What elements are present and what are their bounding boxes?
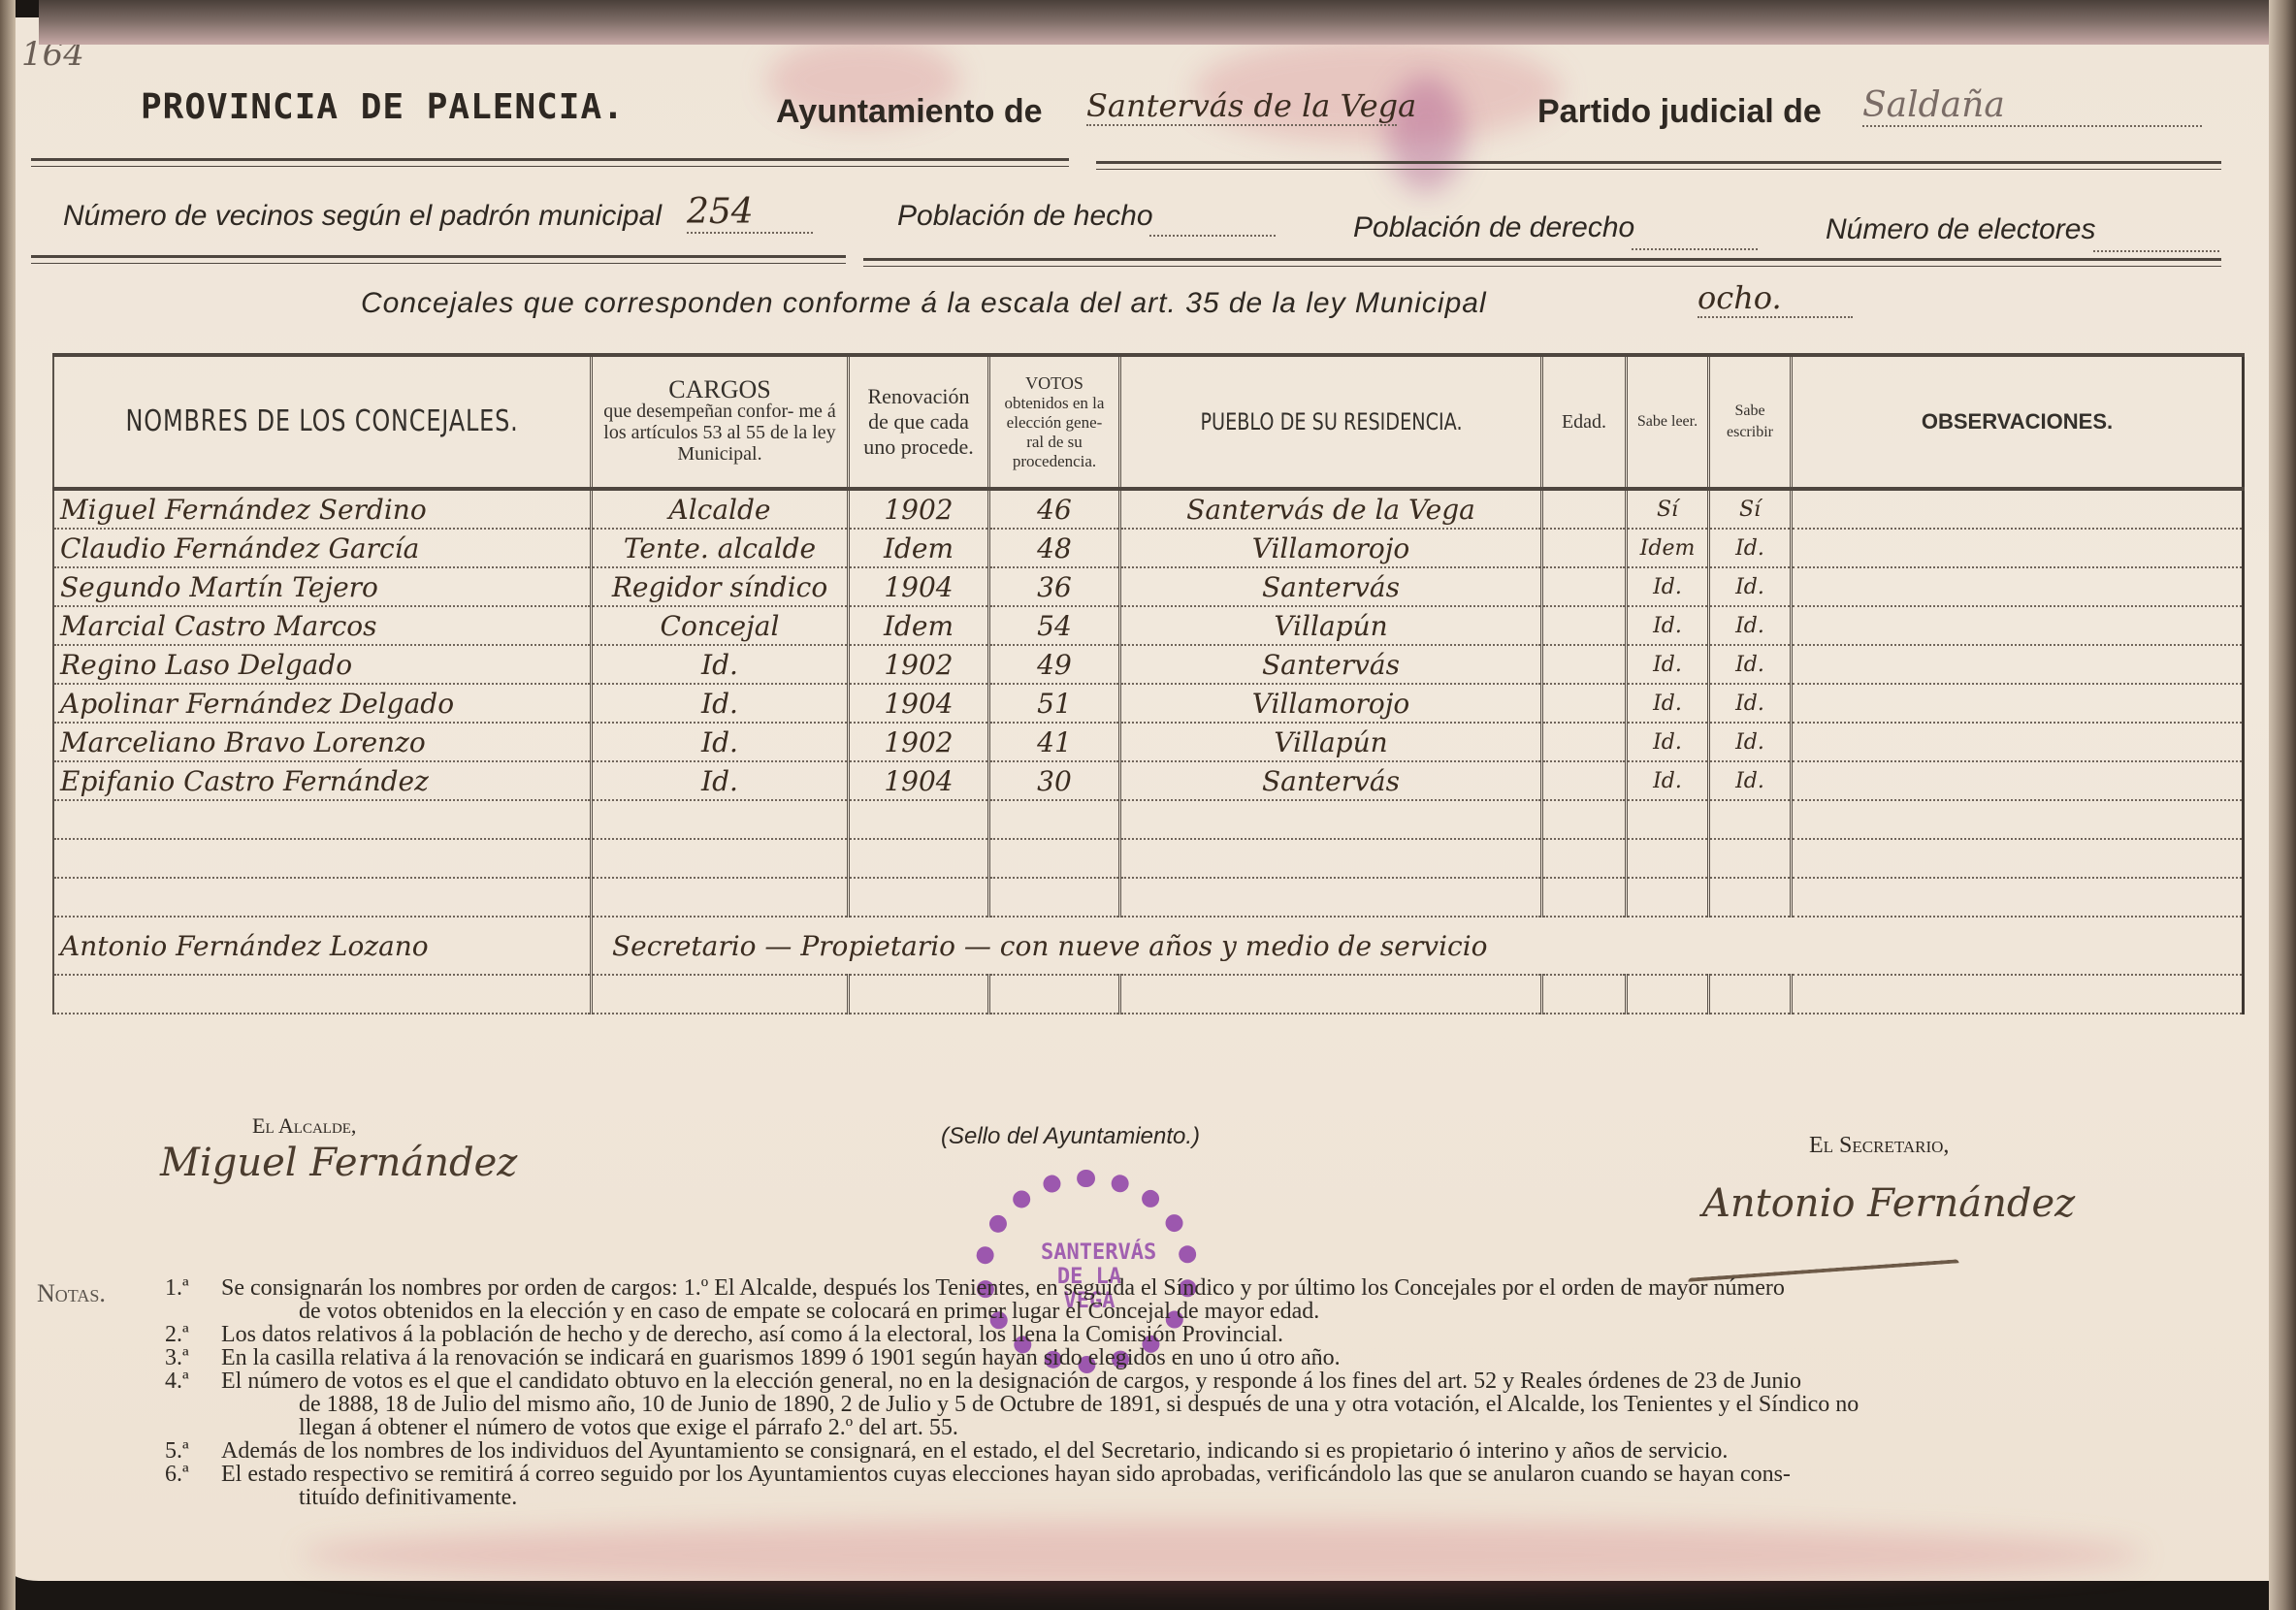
- table-header-row: NOMBRES DE LOS CONCEJALES. CARGOS que de…: [53, 355, 2244, 489]
- secretario-signature: Antonio Fernández: [1702, 1181, 2075, 1226]
- col-votos: VOTOS obtenidos en la elección gene- ral…: [989, 355, 1120, 489]
- cell-edad: [1542, 489, 1627, 529]
- cell-leer: Sí: [1627, 489, 1709, 529]
- concejales-label: Concejales que corresponden conforme á l…: [361, 287, 1487, 320]
- cell-pueblo: Villamorojo: [1120, 684, 1542, 723]
- cell-edad: [1542, 723, 1627, 761]
- cell-votos: 46: [989, 489, 1120, 529]
- cell-nombre: Segundo Martín Tejero: [53, 567, 592, 606]
- table-row: Regino Laso Delgado Id. 1902 49 Santervá…: [53, 645, 2244, 684]
- cell-escribir: Sí: [1709, 489, 1792, 529]
- cell-cargo: Concejal: [592, 606, 849, 645]
- cell-edad: [1542, 645, 1627, 684]
- alcalde-label: El Alcalde,: [252, 1113, 356, 1139]
- partido-field[interactable]: Saldaña: [1862, 85, 2202, 127]
- cell-renovacion: 1904: [849, 567, 989, 606]
- cell-renovacion: Idem: [849, 529, 989, 567]
- col-cargos-sub: que desempeñan confor- me á los artículo…: [598, 401, 841, 465]
- cell-nombre: Epifanio Castro Fernández: [53, 761, 592, 800]
- col-edad: Edad.: [1542, 355, 1627, 489]
- col-renovacion: Renovación de que cada uno procede.: [849, 355, 989, 489]
- cell-secretario-nombre: Antonio Fernández Lozano: [53, 917, 592, 975]
- note-number: 1.ª: [165, 1276, 189, 1300]
- empty-row: [53, 878, 2244, 917]
- cell-escribir: Id.: [1709, 645, 1792, 684]
- cell-votos: 41: [989, 723, 1120, 761]
- cell-renovacion: 1904: [849, 761, 989, 800]
- cell-obs: [1792, 684, 2244, 723]
- cell-renovacion: 1904: [849, 684, 989, 723]
- cell-edad: [1542, 529, 1627, 567]
- cell-obs: [1792, 606, 2244, 645]
- note-line: llegan á obtener el número de votos que …: [299, 1416, 958, 1439]
- cell-nombre: Marceliano Bravo Lorenzo: [53, 723, 592, 761]
- col-observaciones: OBSERVACIONES.: [1792, 355, 2244, 489]
- empty-row: [53, 800, 2244, 839]
- cell-pueblo: Santervás: [1120, 645, 1542, 684]
- note-line: El estado respectivo se remitirá á corre…: [221, 1463, 1791, 1486]
- ayuntamiento-field[interactable]: Santervás de la Vega: [1086, 87, 1397, 126]
- secretario-label: El Secretario,: [1809, 1133, 1949, 1159]
- table-row: Marcial Castro Marcos Concejal Idem 54 V…: [53, 606, 2244, 645]
- cell-leer: Id.: [1627, 723, 1709, 761]
- cell-votos: 48: [989, 529, 1120, 567]
- sello-label: (Sello del Ayuntamiento.): [941, 1123, 1200, 1150]
- col-votos-sub: obtenidos en la elección gene- ral de su…: [996, 394, 1113, 471]
- col-sabe-leer: Sabe leer.: [1627, 355, 1709, 489]
- electores-label: Número de electores: [1826, 213, 2095, 246]
- cell-pueblo: Villapún: [1120, 723, 1542, 761]
- secretario-row: Antonio Fernández Lozano Secretario — Pr…: [53, 917, 2244, 975]
- cell-obs: [1792, 723, 2244, 761]
- cell-obs: [1792, 761, 2244, 800]
- note-line: Se consignarán los nombres por orden de …: [221, 1276, 1785, 1300]
- cell-leer: Id.: [1627, 761, 1709, 800]
- cell-obs: [1792, 529, 2244, 567]
- cell-edad: [1542, 606, 1627, 645]
- cell-pueblo: Santervás: [1120, 567, 1542, 606]
- table-row: Segundo Martín Tejero Regidor síndico 19…: [53, 567, 2244, 606]
- cell-votos: 54: [989, 606, 1120, 645]
- cell-renovacion: 1902: [849, 723, 989, 761]
- note-number: 4.ª: [165, 1369, 189, 1393]
- cell-escribir: Id.: [1709, 606, 1792, 645]
- cell-cargo: Id.: [592, 761, 849, 800]
- note-line: tituído definitivamente.: [299, 1486, 517, 1509]
- note-number: 5.ª: [165, 1439, 189, 1463]
- notes-label: Notas.: [37, 1282, 106, 1305]
- cell-cargo: Id.: [592, 684, 849, 723]
- cell-obs: [1792, 489, 2244, 529]
- note-line: El número de votos es el que el candidat…: [221, 1369, 1801, 1393]
- cell-leer: Idem: [1627, 529, 1709, 567]
- poblacion-hecho-label: Población de hecho: [897, 200, 1153, 233]
- cell-cargo: Id.: [592, 723, 849, 761]
- empty-row: [53, 975, 2244, 1014]
- cell-nombre: Marcial Castro Marcos: [53, 606, 592, 645]
- cell-escribir: Id.: [1709, 723, 1792, 761]
- col-cargos: CARGOS que desempeñan confor- me á los a…: [592, 355, 849, 489]
- cell-edad: [1542, 567, 1627, 606]
- cell-renovacion: Idem: [849, 606, 989, 645]
- poblacion-hecho-field[interactable]: [1149, 225, 1276, 237]
- col-nombres: NOMBRES DE LOS CONCEJALES.: [107, 355, 537, 489]
- cell-pueblo: Villapún: [1120, 606, 1542, 645]
- cell-renovacion: 1902: [849, 489, 989, 529]
- cell-nombre: Claudio Fernández García: [53, 529, 592, 567]
- cell-secretario-detalle: Secretario — Propietario — con nueve año…: [592, 917, 2244, 975]
- note-number: 3.ª: [165, 1346, 189, 1369]
- cell-leer: Id.: [1627, 606, 1709, 645]
- cell-pueblo: Santervás: [1120, 761, 1542, 800]
- cell-cargo: Tente. alcalde: [592, 529, 849, 567]
- page-stack-edge: [2269, 0, 2296, 1610]
- book-binding: [0, 0, 16, 1610]
- cell-cargo: Alcalde: [592, 489, 849, 529]
- partido-label: Partido judicial de: [1537, 93, 1822, 131]
- cell-cargo: Regidor síndico: [592, 567, 849, 606]
- provincia-title: PROVINCIA DE PALENCIA.: [141, 87, 625, 127]
- note-number: 2.ª: [165, 1323, 189, 1346]
- col-pueblo: PUEBLO DE SU RESIDENCIA.: [1162, 355, 1500, 489]
- cell-escribir: Id.: [1709, 761, 1792, 800]
- note-line: de 1888, 18 de Julio del mismo año, 10 d…: [299, 1393, 1859, 1416]
- cell-nombre: Apolinar Fernández Delgado: [53, 684, 592, 723]
- cell-votos: 36: [989, 567, 1120, 606]
- cell-nombre: Regino Laso Delgado: [53, 645, 592, 684]
- cell-edad: [1542, 761, 1627, 800]
- cell-escribir: Id.: [1709, 567, 1792, 606]
- cell-leer: Id.: [1627, 645, 1709, 684]
- concejales-table: NOMBRES DE LOS CONCEJALES. CARGOS que de…: [52, 353, 2245, 1014]
- ayuntamiento-label: Ayuntamiento de: [776, 93, 1043, 131]
- page-top-edge: [39, 0, 2280, 45]
- electores-field[interactable]: [2093, 241, 2219, 252]
- table-row: Apolinar Fernández Delgado Id. 1904 51 V…: [53, 684, 2244, 723]
- col-votos-title: VOTOS: [996, 372, 1113, 394]
- table-row: Miguel Fernández Serdino Alcalde 1902 46…: [53, 489, 2244, 529]
- note-line: En la casilla relativa á la renovación s…: [221, 1346, 1341, 1369]
- table-row: Epifanio Castro Fernández Id. 1904 30 Sa…: [53, 761, 2244, 800]
- note-number: 6.ª: [165, 1463, 189, 1486]
- cell-votos: 49: [989, 645, 1120, 684]
- note-line: Además de los nombres de los individuos …: [221, 1439, 1728, 1463]
- note-line: de votos obtenidos en la elección y en c…: [299, 1300, 1319, 1323]
- cell-escribir: Id.: [1709, 529, 1792, 567]
- col-cargos-title: CARGOS: [598, 379, 841, 401]
- stain: [301, 1521, 2144, 1589]
- cell-nombre: Miguel Fernández Serdino: [53, 489, 592, 529]
- cell-leer: Id.: [1627, 567, 1709, 606]
- cell-obs: [1792, 645, 2244, 684]
- cell-obs: [1792, 567, 2244, 606]
- note-line: Los datos relativos á la población de he…: [221, 1323, 1283, 1346]
- col-sabe-escribir: Sabe escribir: [1709, 355, 1792, 489]
- poblacion-derecho-field[interactable]: [1632, 239, 1758, 250]
- cell-votos: 30: [989, 761, 1120, 800]
- cell-votos: 51: [989, 684, 1120, 723]
- cell-pueblo: Santervás de la Vega: [1120, 489, 1542, 529]
- document-page: 164 PROVINCIA DE PALENCIA. Ayuntamiento …: [10, 17, 2280, 1581]
- vecinos-field[interactable]: 254: [687, 192, 813, 234]
- cell-leer: Id.: [1627, 684, 1709, 723]
- table-row: Marceliano Bravo Lorenzo Id. 1902 41 Vil…: [53, 723, 2244, 761]
- cell-escribir: Id.: [1709, 684, 1792, 723]
- poblacion-derecho-label: Población de derecho: [1353, 211, 1634, 244]
- cell-edad: [1542, 684, 1627, 723]
- table-row: Claudio Fernández García Tente. alcalde …: [53, 529, 2244, 567]
- cell-cargo: Id.: [592, 645, 849, 684]
- alcalde-signature: Miguel Fernández: [160, 1141, 517, 1185]
- concejales-field[interactable]: ocho.: [1698, 279, 1853, 318]
- empty-row: [53, 839, 2244, 878]
- vecinos-label: Número de vecinos según el padrón munici…: [63, 200, 662, 233]
- cell-pueblo: Villamorojo: [1120, 529, 1542, 567]
- cell-renovacion: 1902: [849, 645, 989, 684]
